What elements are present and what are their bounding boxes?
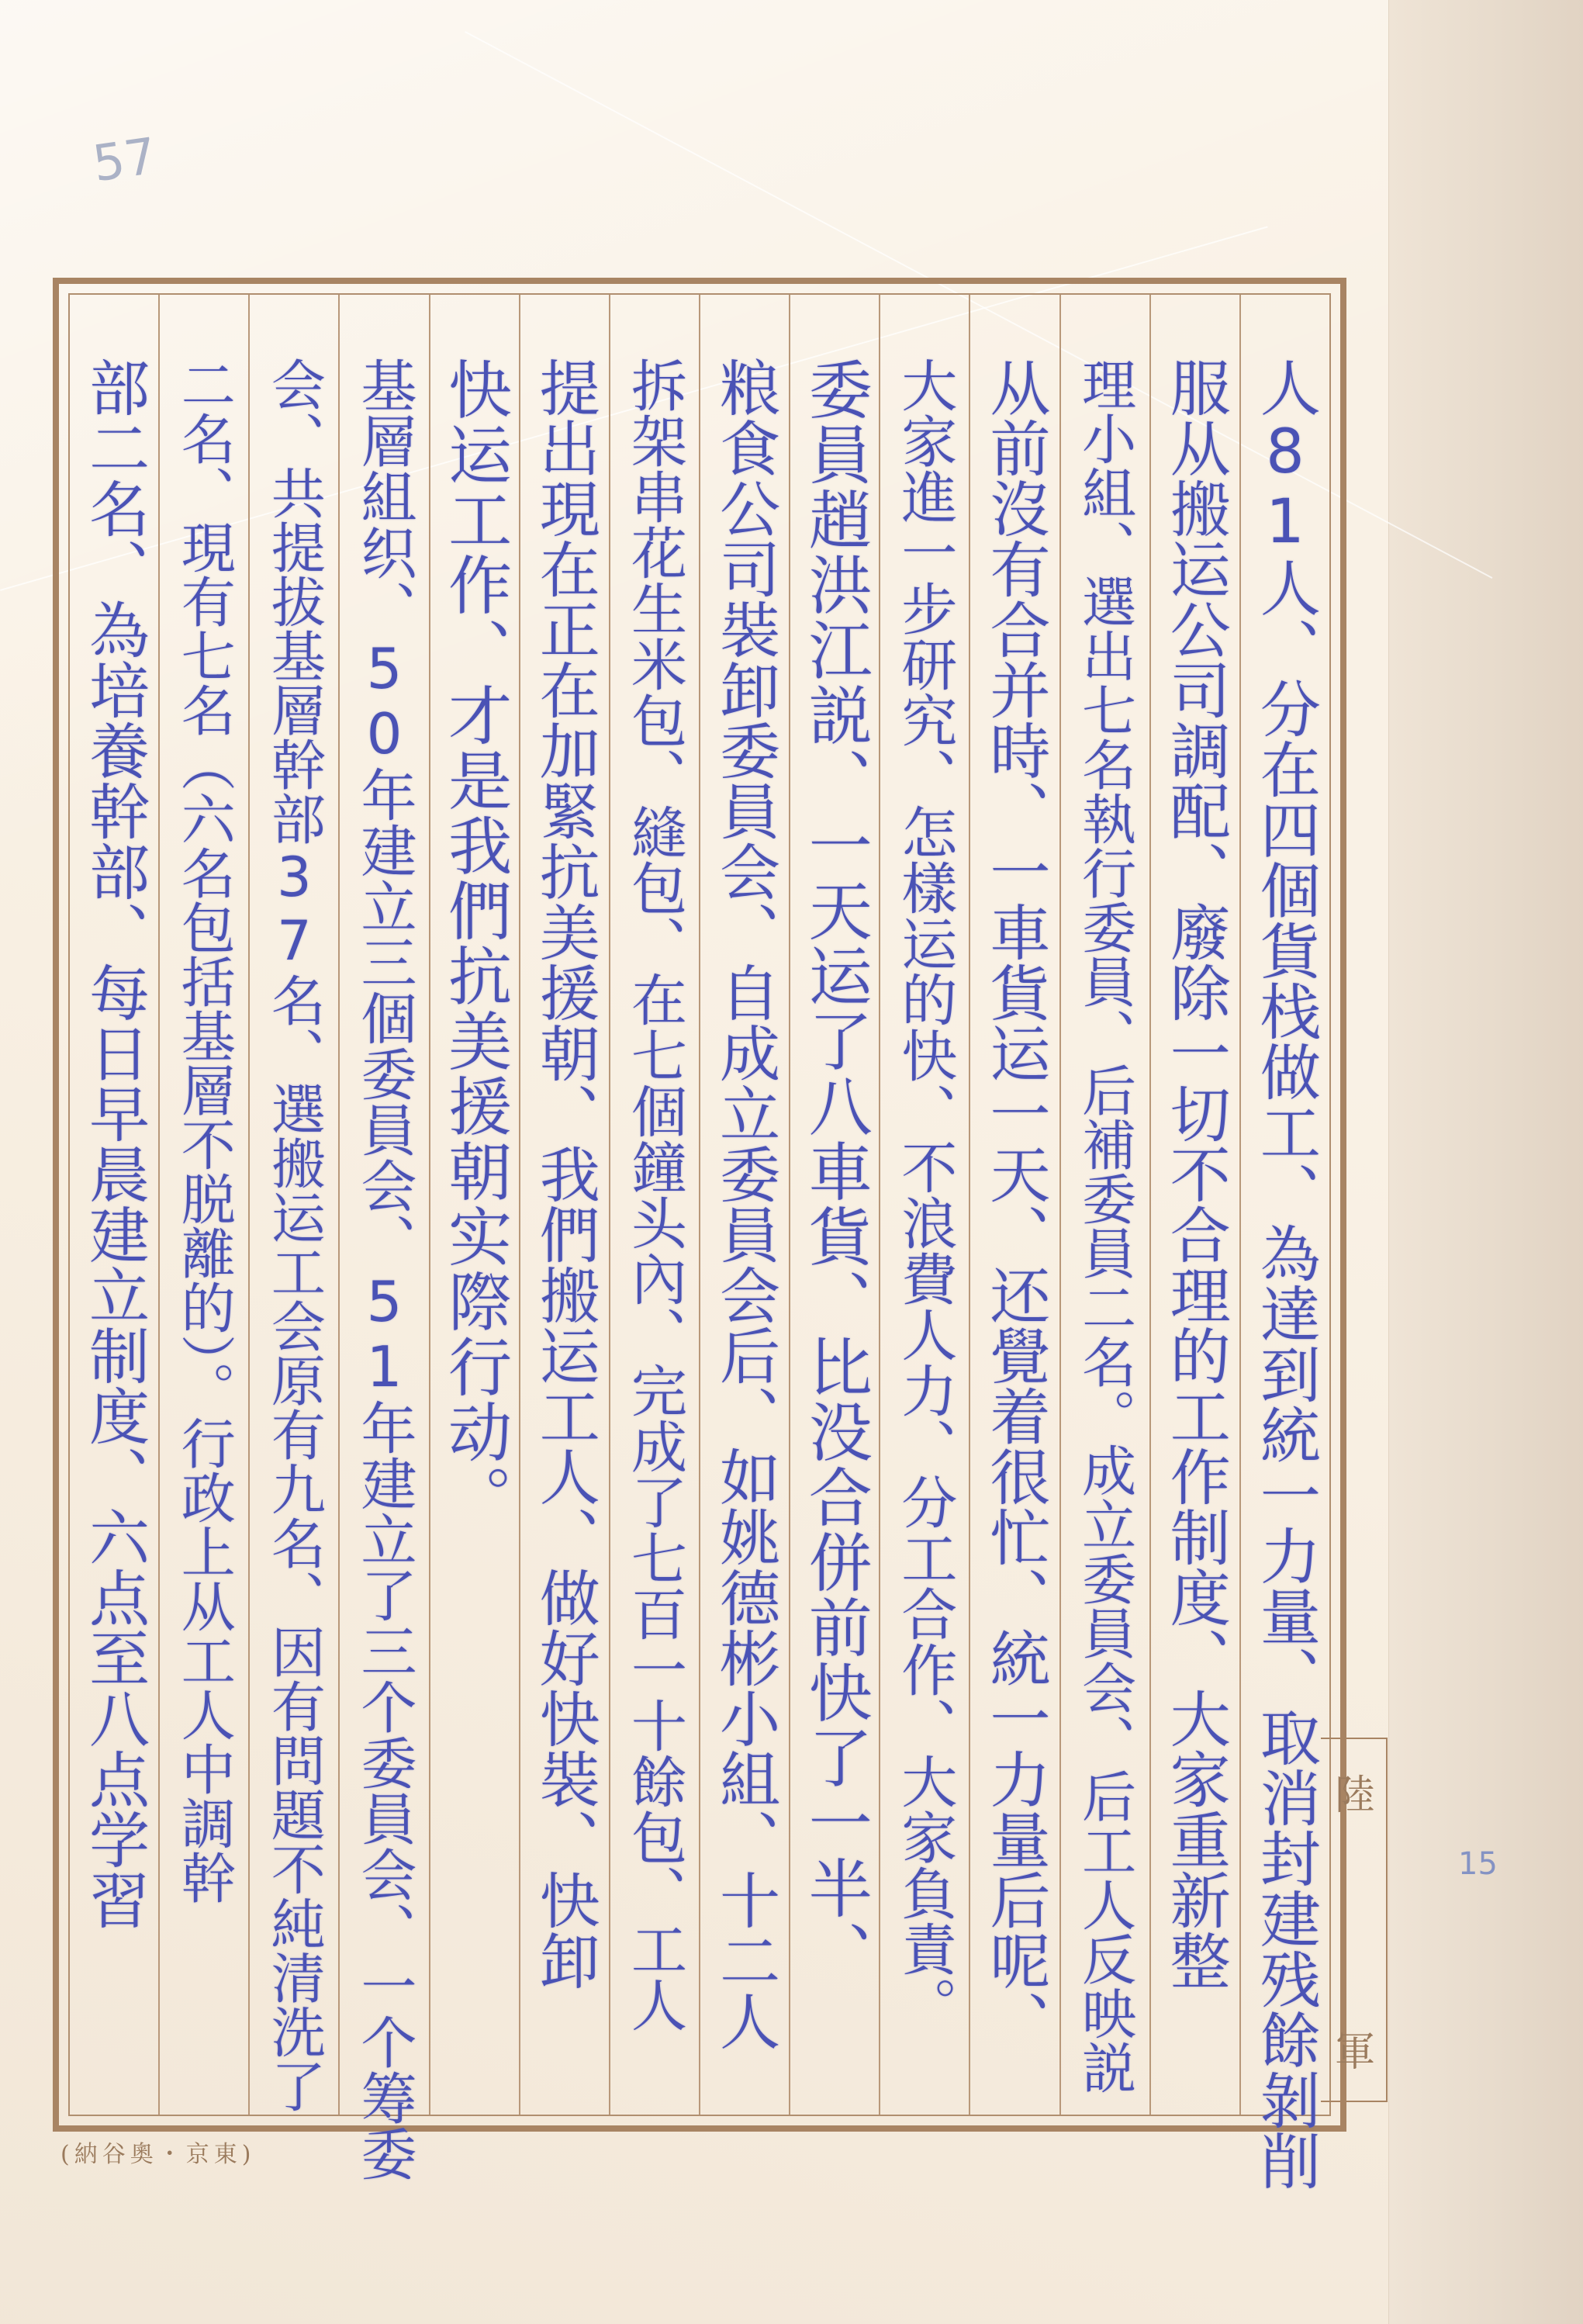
margin-label-bottom: 軍	[1335, 2019, 1375, 2077]
column-text: 服从搬运公司調配、廢除一切不合理的工作制度、大家重新整	[1165, 357, 1225, 2115]
column-9: 提出現在正在加緊抗美援朝、我們搬运工人、做好快裝、快卸	[519, 295, 609, 2115]
column-text: 粮食公司裝卸委員会、自成立委員会后、如姚德彬小組、十二人	[714, 357, 775, 2115]
underlying-page	[1388, 0, 1583, 2324]
column-text: 委員趙洪江説、一天运了八車貨、比没合併前快了一半、	[803, 357, 866, 2115]
column-2: 服从搬运公司調配、廢除一切不合理的工作制度、大家重新整	[1149, 295, 1239, 2115]
column-7: 粮食公司裝卸委員会、自成立委員会后、如姚德彬小組、十二人	[699, 295, 789, 2115]
column-12: 会、共提拔基層幹部37名、選搬运工会原有九名、因有問題不純清洗了	[248, 295, 338, 2115]
column-3: 理小組、選出七名執行委員、后補委員二名。成立委員会、后工人反映説	[1059, 295, 1149, 2115]
column-8: 拆架串花生米包、縫包、在七個鐘头內、完成了七百一十餘包、工人	[609, 295, 699, 2115]
column-text: 大家進一步研究、怎樣运的快、不浪費人力、分工合作、大家負責。	[897, 357, 952, 2115]
manuscript-frame: 人81人、分在四個貨栈做工、為達到統一力量、取消封建残餘剝削 服从搬运公司調配、…	[53, 278, 1346, 2132]
column-1: 人81人、分在四個貨栈做工、為達到統一力量、取消封建残餘剝削	[1239, 295, 1329, 2115]
column-4: 从前沒有合并時、一車貨运一天、还覺着很忙、統一力量后呢、	[969, 295, 1059, 2115]
column-text: 快运工作、才是我們抗美援朝实際行动。	[443, 357, 506, 2115]
column-text: 从前沒有合并時、一車貨运一天、还覺着很忙、統一力量后呢、	[985, 357, 1046, 2115]
margin-label-top: 陸	[1335, 1762, 1375, 1821]
column-text: 基層組织、50年建立三個委員会、51年建立了三个委員会、一个筹委	[357, 357, 413, 2115]
printer-imprint: (納谷奧・京東)	[60, 2135, 255, 2169]
column-11: 基層組织、50年建立三個委員会、51年建立了三个委員会、一个筹委	[338, 295, 428, 2115]
text-columns: 人81人、分在四個貨栈做工、為達到統一力量、取消封建残餘剝削 服从搬运公司調配、…	[70, 295, 1329, 2115]
column-text: 拆架串花生米包、縫包、在七個鐘头內、完成了七百一十餘包、工人	[627, 357, 683, 2115]
column-text: 二名、現有七名（六名包括基層不脱離的）。行政上从工人中調幹	[177, 357, 231, 2115]
column-10: 快运工作、才是我們抗美援朝实際行动。	[429, 295, 519, 2115]
column-14: 部二名、為培養幹部、每日早晨建立制度、六点至八点学習	[70, 295, 158, 2115]
column-text: 理小組、選出七名執行委員、后補委員二名。成立委員会、后工人反映説	[1078, 357, 1132, 2115]
pencil-annotation: 57	[89, 128, 160, 194]
margin-label-box: 陸 軍	[1321, 1738, 1388, 2102]
column-text: 提出現在正在加緊抗美援朝、我們搬运工人、做好快裝、快卸	[534, 357, 595, 2115]
column-text: 会、共提拔基層幹部37名、選搬运工会原有九名、因有問題不純清洗了	[267, 357, 321, 2115]
column-5: 大家進一步研究、怎樣运的快、不浪費人力、分工合作、大家負責。	[879, 295, 969, 2115]
column-13: 二名、現有七名（六名包括基層不脱離的）。行政上从工人中調幹	[158, 295, 248, 2115]
bleed-through-mark: 15	[1458, 1846, 1498, 1882]
column-6: 委員趙洪江説、一天运了八車貨、比没合併前快了一半、	[789, 295, 879, 2115]
column-text: 部二名、為培養幹部、每日早晨建立制度、六点至八点学習	[84, 357, 144, 2115]
column-text: 人81人、分在四個貨栈做工、為達到統一力量、取消封建残餘剝削	[1255, 357, 1315, 2115]
